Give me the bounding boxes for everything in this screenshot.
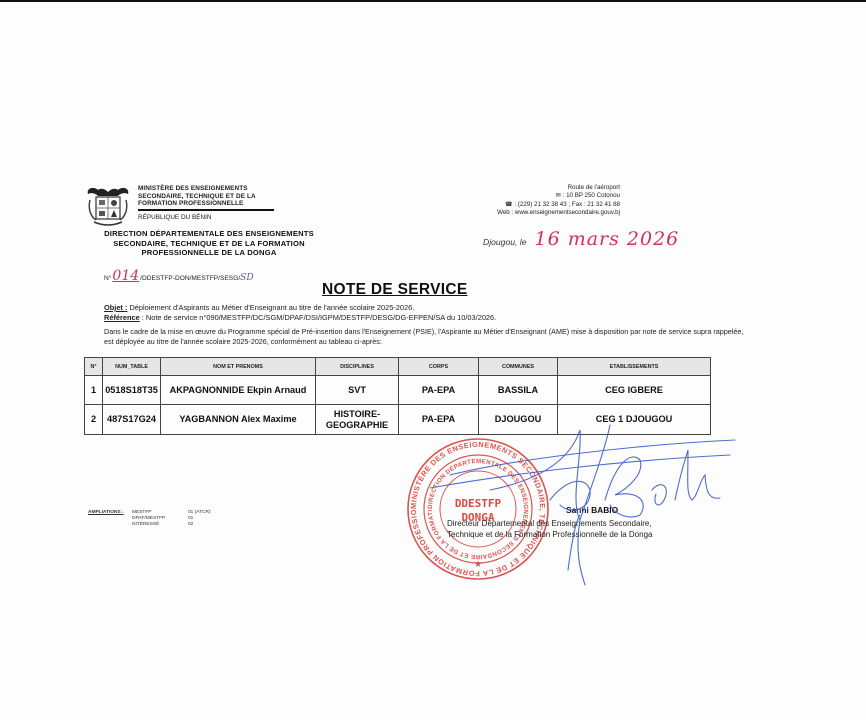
table-header-row: N° NUM_TABLE NOM ET PRENOMS DISCIPLINES … bbox=[85, 358, 711, 376]
table-row: 1 0518S18T35 AKPAGNONNIDE Ekpin Arnaud S… bbox=[85, 376, 711, 405]
col-header-corps: CORPS bbox=[399, 358, 479, 376]
col-header-number: N° bbox=[85, 358, 103, 376]
handwritten-initials: SD bbox=[240, 273, 253, 283]
objet-line: Objet : Déploiement d'Aspirants au Métie… bbox=[104, 303, 496, 313]
ministry-name: MINISTÈRE DES ENSEIGNEMENTS SECONDAIRE, … bbox=[138, 185, 256, 208]
document-title: NOTE DE SERVICE bbox=[322, 281, 467, 299]
handwritten-number: 014 bbox=[112, 268, 139, 284]
col-header-discipline: DISCIPLINES bbox=[316, 358, 399, 376]
direction-name: DIRECTION DÉPARTEMENTALE DES ENSEIGNEMEN… bbox=[94, 229, 324, 258]
col-header-establishment: ETABLISSEMENTS bbox=[558, 358, 711, 376]
divider bbox=[138, 209, 274, 211]
place-label: Djougou, le bbox=[483, 237, 526, 247]
handwritten-signature-icon bbox=[430, 420, 740, 590]
handwritten-date: 16 mars 2026 bbox=[534, 228, 679, 250]
scan-top-border bbox=[0, 0, 866, 2]
col-header-commune: COMMUNES bbox=[479, 358, 558, 376]
subject-block: Objet : Déploiement d'Aspirants au Métie… bbox=[104, 303, 496, 322]
ampliations-block: AMPLIATIONS : MESTFP DPAF/MESTFP INTÉRES… bbox=[88, 510, 211, 529]
republic-name: RÉPUBLIQUE DU BÉNIN bbox=[138, 214, 212, 221]
document-number: N° 014 /DDESTFP-DON/MESTFP/SESG/ SD bbox=[104, 268, 254, 284]
col-header-name: NOM ET PRENOMS bbox=[161, 358, 316, 376]
col-header-num-table: NUM_TABLE bbox=[103, 358, 161, 376]
reference-line: Référence : Note de service n°090/MESTFP… bbox=[104, 313, 496, 323]
intro-paragraph: Dans le cadre de la mise en œuvre du Pro… bbox=[104, 327, 744, 347]
date-line: Djougou, le 16 mars 2026 bbox=[483, 228, 679, 250]
benin-coat-of-arms-icon bbox=[84, 184, 132, 228]
address-block: Route de l'aéroport ✉ : 10 BP 250 Cotono… bbox=[470, 184, 620, 218]
